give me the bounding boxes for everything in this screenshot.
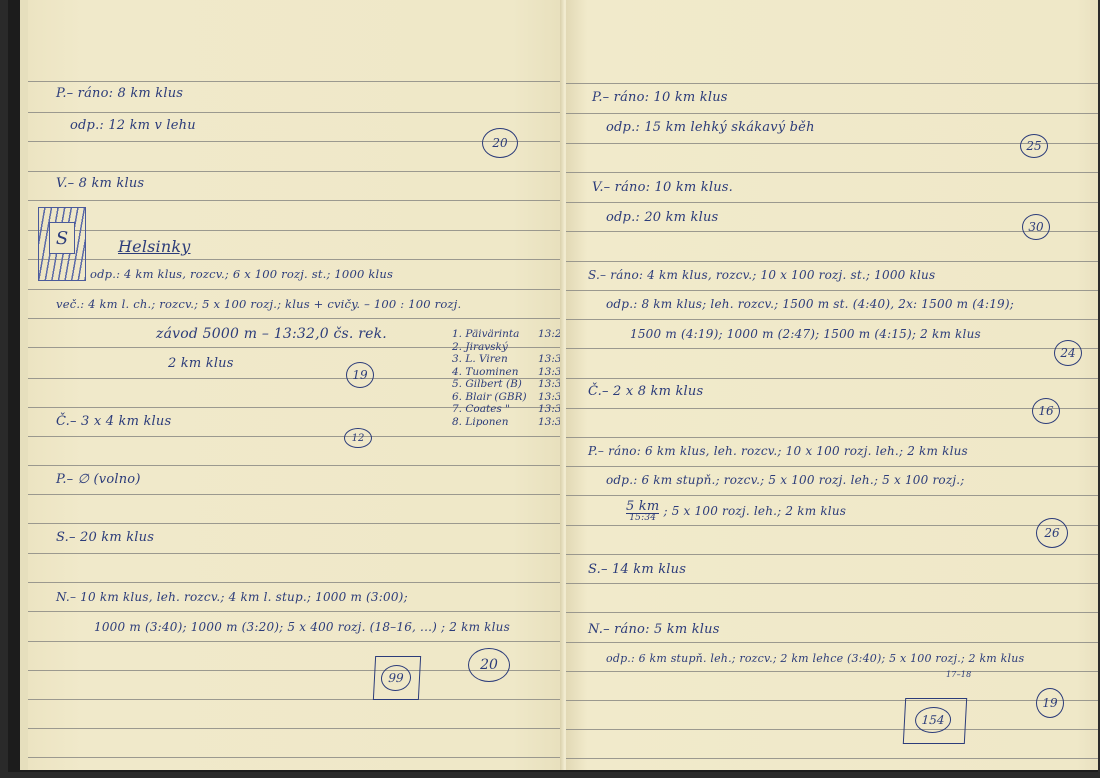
result-row: 8. Liponen13:37,4 [452,416,566,429]
entry-line: P.– ráno: 6 km klus, leh. rozcv.; 10 x 1… [588,444,968,458]
daily-total-badge: 19 [346,362,374,388]
daily-total-badge: 25 [1020,134,1048,158]
week-total-badge: 154 [914,707,951,733]
daily-total-badge: 19 [1036,688,1064,718]
entry-line: odp.: 6 km stupň. leh.; rozcv.; 2 km leh… [606,652,1024,665]
location-heading: Helsinky [118,237,191,256]
entry-line: P.– ∅ (volno) [56,472,141,487]
entry-line: 1000 m (3:40); 1000 m (3:20); 5 x 400 ro… [94,620,510,634]
entry-line: S.– 14 km klus [588,562,686,577]
split-fraction: 5 km15:34 [626,500,659,523]
daily-total-badge: 24 [1054,340,1082,366]
entry-line: N.– ráno: 5 km klus [588,622,720,637]
entry-line: 5 km15:34 ; 5 x 100 rozj. leh.; 2 km klu… [626,500,846,523]
race-result-line: závod 5000 m – 13:32,0 čs. rek. [156,326,387,342]
daily-total-badge: 26 [1036,518,1068,548]
entry-line: odp.: 12 km v lehu [70,118,196,133]
entry-line: P.– ráno: 10 km klus [592,90,728,105]
week-total-badge: 99 [380,665,411,691]
daily-total-badge: 12 [344,428,372,448]
week-total-box: 154 [903,698,967,744]
entry-line: 2 km klus [168,356,234,371]
entry-line: N.– 10 km klus, leh. rozcv.; 4 km l. stu… [56,590,408,604]
result-row: 3. L. Viren13:34,4 [452,353,566,366]
entry-line: Č.– 2 x 8 km klus [588,384,703,399]
entry-line: V.– ráno: 10 km klus. [592,180,733,195]
race-day-marker-icon: S [38,207,86,281]
entry-line: odp.: 20 km klus [606,210,718,225]
entry-line: odp.: 4 km klus, rozcv.; 6 x 100 rozj. s… [90,267,393,281]
result-row: 4. Tuominen13:35,6 [452,366,566,379]
entry-line: V.– 8 km klus [56,176,144,191]
daily-total-badge: 30 [1022,214,1050,240]
entry-line: več.: 4 km l. ch.; rozcv.; 5 x 100 rozj.… [56,297,461,311]
entry-line: odp.: 6 km stupň.; rozcv.; 5 x 100 rozj.… [606,473,965,487]
week-total-box: 99 [373,656,421,700]
result-row: 1. Päivärinta13:29,0 [452,328,566,341]
entry-line: Č.– 3 x 4 km klus [56,414,171,429]
daily-total-badge: 16 [1032,398,1060,424]
daily-total-badge: 20 [482,128,518,158]
race-results-list: 1. Päivärinta13:29,0 2. Jiravský 3. L. V… [452,328,566,428]
entry-line: 1500 m (4:19); 1000 m (2:47); 1500 m (4:… [630,327,981,341]
result-row: 5. Gilbert (B)13:37,2 [452,378,566,391]
result-row: 7. Coates "13:37,8 [452,403,566,416]
entry-line: S.– 20 km klus [56,530,154,545]
result-row: 2. Jiravský [452,341,566,354]
race-day-letter: S [49,222,75,254]
daily-total-badge: 20 [468,648,510,682]
entry-line: P.– ráno: 8 km klus [56,86,183,101]
sub-note: 17–18 [946,670,971,679]
left-page: P.– ráno: 8 km klus odp.: 12 km v lehu 2… [20,0,566,770]
result-row: 6. Blair (GBR)13:37,6 [452,391,566,404]
entry-line: odp.: 15 km lehký skákavý běh [606,120,815,135]
entry-line: S.– ráno: 4 km klus, rozcv.; 10 x 100 ro… [588,268,935,282]
entry-line: odp.: 8 km klus; leh. rozcv.; 1500 m st.… [606,297,1014,311]
right-page: P.– ráno: 10 km klus odp.: 15 km lehký s… [566,0,1098,770]
notebook-spread: P.– ráno: 8 km klus odp.: 12 km v lehu 2… [8,0,1098,772]
